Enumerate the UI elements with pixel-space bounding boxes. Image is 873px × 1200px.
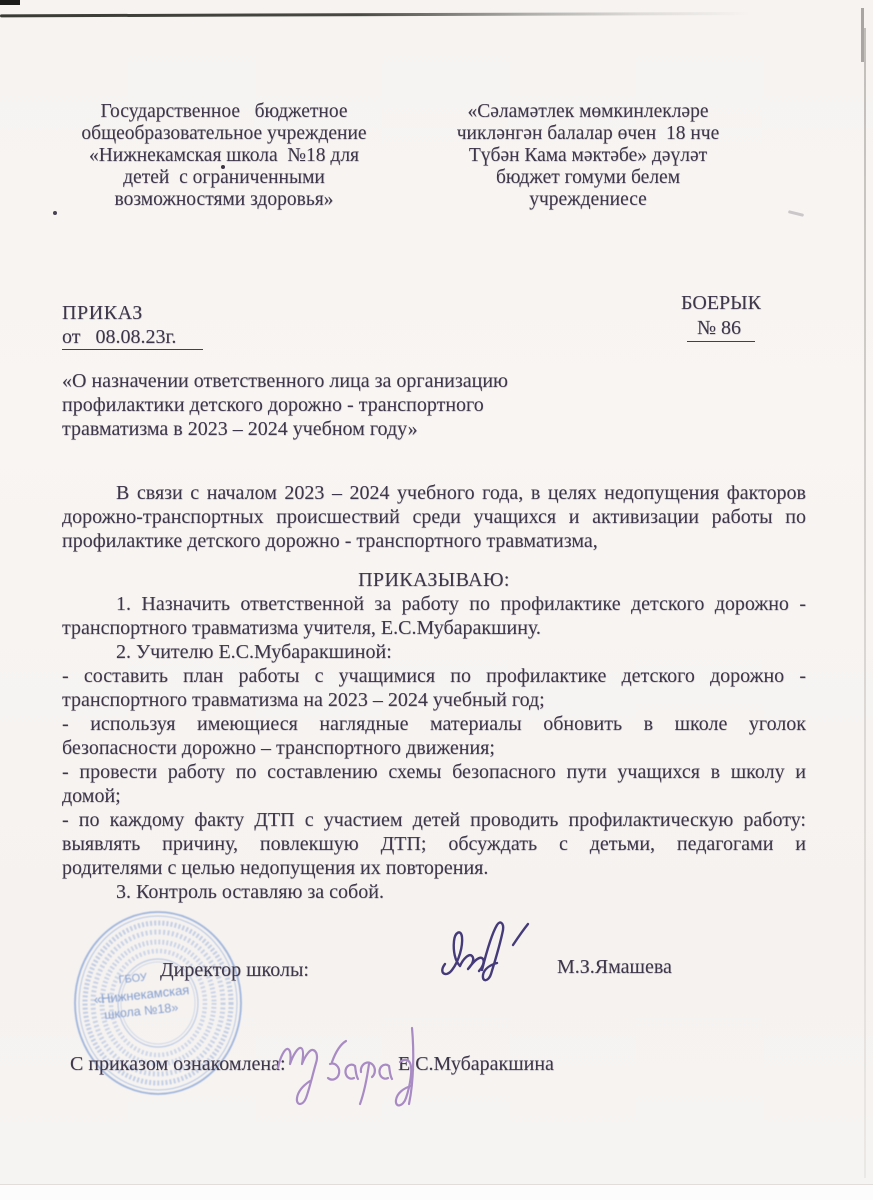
acknowledgement-label: С приказом ознакомлена: bbox=[70, 1053, 286, 1076]
body-line: профилактике детского дорожно - транспор… bbox=[62, 529, 806, 553]
body-line: родителями с целью недопущения их повтор… bbox=[62, 856, 806, 880]
director-name: М.З.Ямашева bbox=[557, 956, 672, 979]
body-line: безопасности дорожно – транспортного дви… bbox=[62, 736, 806, 760]
org-line: возможностями здоровья» bbox=[58, 189, 390, 211]
body-line: - провести работу по составлению схемы б… bbox=[62, 760, 806, 784]
org-line: учреждениесе bbox=[452, 189, 724, 211]
resolution-heading: ПРИКАЗЫВАЮ: bbox=[62, 568, 806, 592]
body-line: - используя имеющиеся наглядные материал… bbox=[62, 712, 806, 736]
subject-line: «О назначении ответственного лица за орг… bbox=[62, 369, 642, 393]
scan-bottom-edge bbox=[0, 1184, 873, 1200]
stamp-text-line: ГБОУ bbox=[118, 971, 148, 986]
org-line: чикләнгән балалар өчен 18 нче bbox=[452, 123, 724, 145]
org-line: Государственное бюджетное bbox=[58, 101, 390, 123]
order-header: ПРИКАЗ от 08.08.23г. bbox=[62, 301, 203, 350]
org-line: «Сәламәтлек мөмкинлекләре bbox=[452, 101, 724, 123]
body-line: В связи с началом 2023 – 2024 учебного г… bbox=[62, 481, 806, 505]
body-line: транспортного травматизма на 2023 – 2024… bbox=[62, 688, 806, 712]
body-line: транспортного травматизма учителя, Е.С.М… bbox=[62, 616, 806, 640]
scan-speck bbox=[53, 211, 57, 215]
order-subject: «О назначении ответственного лица за орг… bbox=[62, 369, 642, 441]
body-line: 2. Учителю Е.С.Мубаракшиной: bbox=[62, 640, 806, 664]
org-line: бюджет гомуми белем bbox=[452, 167, 724, 189]
subject-line: профилактики детского дорожно - транспор… bbox=[62, 393, 642, 417]
order-label-tatar: БОЕРЫК bbox=[660, 291, 782, 316]
order-date: от 08.08.23г. bbox=[62, 325, 203, 350]
body-line: выявлять причину, повлекшую ДТП; обсужда… bbox=[62, 832, 806, 856]
scan-corner-mark bbox=[0, 0, 20, 5]
body-line: 3. Контроль оставляю за собой. bbox=[62, 880, 806, 904]
body-line: дорожно-транспортных происшествий среди … bbox=[62, 505, 806, 529]
body-line: - по каждому факту ДТП с участием детей … bbox=[62, 808, 806, 832]
org-line: «Нижнекамская школа №18 для bbox=[58, 145, 390, 167]
org-name-russian: Государственное бюджетное общеобразовате… bbox=[58, 101, 390, 211]
director-signature bbox=[433, 908, 537, 988]
order-number: № 86 bbox=[687, 316, 755, 342]
org-line: общеобразовательное учреждение bbox=[58, 123, 390, 145]
body-line: - составить план работы с учащимися по п… bbox=[62, 664, 806, 688]
scan-smudge bbox=[788, 210, 804, 217]
body-line: 1. Назначить ответственной за работу по … bbox=[62, 592, 806, 616]
org-name-tatar: «Сәламәтлек мөмкинлекләре чикләнгән бала… bbox=[452, 101, 724, 211]
order-header-tatar: БОЕРЫК № 86 bbox=[660, 291, 782, 342]
director-label: Директор школы: bbox=[160, 959, 309, 982]
acknowledged-signature bbox=[272, 1016, 434, 1116]
scanned-order-page: Государственное бюджетное общеобразовате… bbox=[0, 0, 873, 1200]
subject-line: травматизма в 2023 – 2024 учебном году» bbox=[62, 417, 642, 441]
org-line: детей с ограниченными bbox=[58, 167, 390, 189]
order-label: ПРИКАЗ bbox=[62, 301, 203, 325]
body-line: домой; bbox=[62, 784, 806, 808]
order-body: В связи с началом 2023 – 2024 учебного г… bbox=[62, 481, 806, 904]
org-line: Түбән Кама мәктәбе» дәүләт bbox=[452, 145, 724, 167]
scan-top-edge-line bbox=[0, 12, 852, 17]
scan-right-corner-tick bbox=[861, 8, 864, 62]
scan-right-edge-line bbox=[864, 28, 866, 1178]
